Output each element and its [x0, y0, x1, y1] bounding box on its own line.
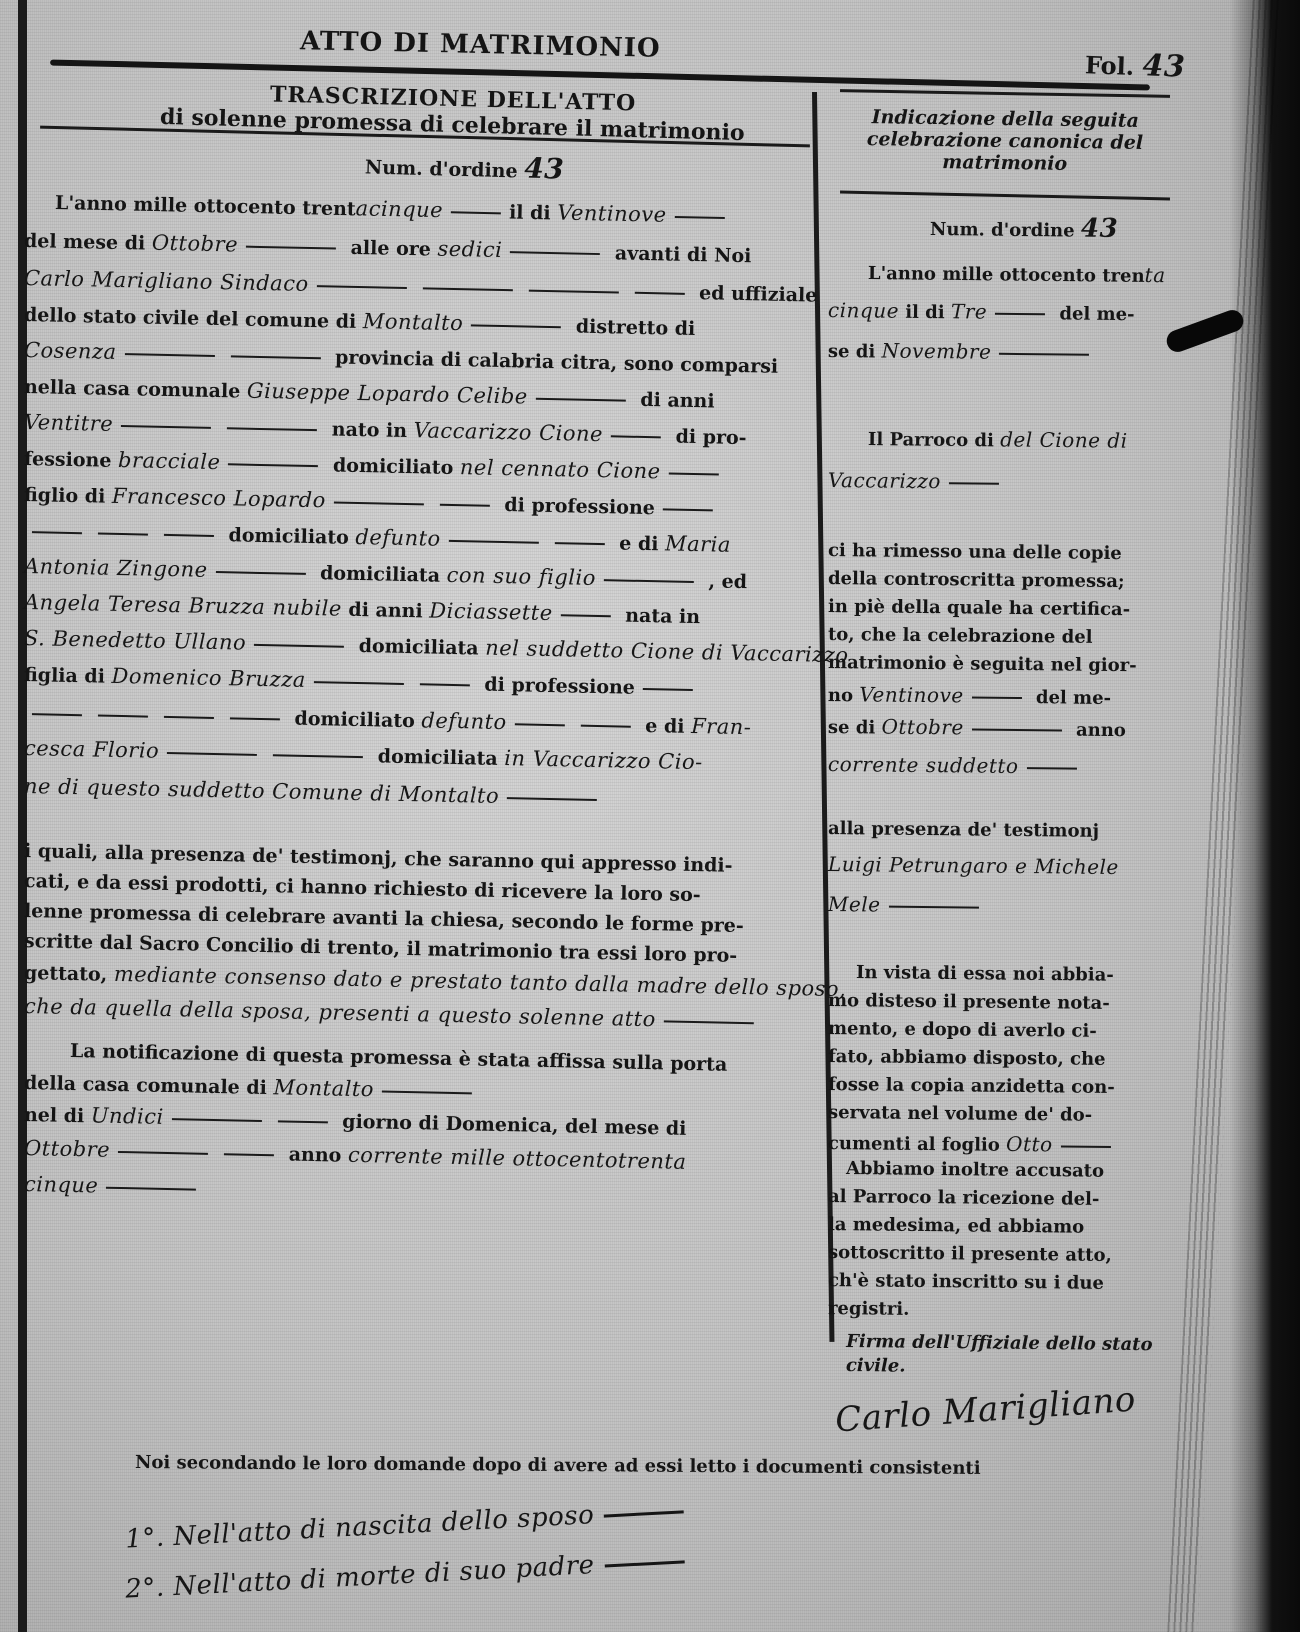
act-line-14: figlia di Domenico Bruzza di professione — [24, 662, 701, 700]
certification-day-line: no Ventinove del me- — [828, 682, 1111, 709]
act-line-11: Antonia Zingone domiciliata con suo figl… — [24, 554, 748, 593]
act-line-3: Carlo Marigliano Sindaco ed uffiziale — [24, 266, 818, 307]
signature-label: Firma dell'Uffiziale dello stato civile. — [846, 1330, 1166, 1381]
right-date-line-1: L'anno mille ottocento trenta — [868, 260, 1166, 287]
order-value: 43 — [524, 152, 565, 186]
closing2-line-6: registri. — [828, 1298, 910, 1320]
closing2-line-1: Abbiamo inoltre accusato — [846, 1158, 1104, 1182]
header-rule — [50, 60, 1150, 91]
act-line-5: Cosenza provincia di calabria citra, son… — [24, 338, 779, 378]
certification-year-line: corrente suddetto — [828, 752, 1085, 779]
notification-line-1: La notificazione di questa promessa è st… — [70, 1040, 728, 1076]
closing-line-1: In vista di essa noi abbia- — [856, 962, 1114, 986]
footer-item-2: 2°. Nell'atto di morte di suo padre — [125, 1545, 686, 1604]
act-line-15: domiciliato defunto e di Fran- — [24, 700, 752, 739]
act-line-10: domiciliato defunto e di Maria — [24, 518, 731, 557]
act-line-6: nella casa comunale Giuseppe Lopardo Cel… — [24, 374, 715, 412]
witnesses-label: alla presenza de' testimonj — [828, 818, 1099, 842]
closing2-line-3: la medesima, ed abbiamo — [828, 1214, 1084, 1238]
certification-line-2: della controscritta promessa; — [828, 568, 1125, 592]
footer-item-1: 1°. Nell'atto di nascita dello sposo — [125, 1495, 685, 1554]
right-header-rule-bottom — [840, 191, 1170, 201]
notification-line-2: della casa comunale di Montalto — [24, 1070, 480, 1104]
right-header-rule-top — [840, 89, 1170, 98]
certification-month-line: se di Ottobre anno — [828, 714, 1126, 741]
right-date-line-2: cinque il di Tre del me- — [828, 298, 1135, 325]
act-line-8: fessione bracciale domiciliato nel cenna… — [24, 446, 727, 485]
right-parroco-line-2: Vaccarizzo — [828, 468, 1007, 494]
act-line-12: Angela Teresa Bruzza nubile di anni Dici… — [24, 590, 701, 628]
closing-line-6: servata nel volume de' do- — [828, 1102, 1092, 1126]
folio-value: 43 — [1142, 48, 1186, 84]
certification-line-5: matrimonio è seguita nel gior- — [828, 652, 1137, 676]
certification-line-3: in piè della quale ha certifica- — [828, 596, 1130, 620]
footer-statement: Noi secondando le loro domande dopo di a… — [135, 1452, 981, 1479]
certification-line-1: ci ha rimesso una delle copie — [828, 540, 1122, 564]
closing2-line-5: ch'è stato inscritto su i due — [828, 1270, 1104, 1294]
witnesses-line-2: Mele — [828, 892, 987, 918]
act-line-1: L'anno mille ottocento trentacinqueil di… — [55, 190, 733, 228]
paragraph-line-6: che da quella della sposa, presenti a qu… — [24, 994, 762, 1033]
act-line-16: cesca Florio domiciliata in Vaccarizzo C… — [24, 736, 703, 774]
notification-line-4: Ottobre anno corrente mille ottocentotre… — [24, 1136, 687, 1174]
paragraph-line-2: cati, e da essi prodotti, ci hanno richi… — [24, 870, 701, 906]
order-label: Num. d'ordine — [365, 156, 518, 182]
document-page: ATTO DI MATRIMONIO Fol. 43 TRASCRIZIONE … — [0, 0, 1300, 1632]
right-date-line-3: se di Novembre — [828, 338, 1098, 365]
notification-line-3: nel di Undici giorno di Domenica, del me… — [24, 1102, 687, 1140]
order-number: Num. d'ordine 43 — [365, 147, 565, 185]
document-title: ATTO DI MATRIMONIO — [300, 26, 661, 64]
closing2-line-4: sottoscritto il presente atto, — [828, 1242, 1112, 1266]
act-line-9: figlio di Francesco Lopardo di professio… — [24, 482, 721, 521]
notification-line-5: cinque — [24, 1172, 205, 1200]
closing-line-5: fosse la copia anzidetta con- — [828, 1074, 1115, 1098]
act-line-4: dello stato civile del comune di Montalt… — [24, 302, 696, 340]
act-line-2: del mese di Ottobre alle ore sedici avan… — [24, 228, 752, 267]
closing-line-2: mo disteso il presente nota- — [828, 990, 1110, 1014]
right-order-number: Num. d'ordine 43 — [930, 212, 1118, 244]
folio-number: Fol. 43 — [1084, 46, 1185, 84]
act-line-13: S. Benedetto Ullano domiciliata nel sudd… — [24, 626, 849, 667]
certification-line-4: to, che la celebrazione del — [828, 624, 1093, 648]
closing-line-7: cumenti al foglio Otto — [828, 1130, 1119, 1157]
witnesses-line-1: Luigi Petrungaro e Michele — [828, 852, 1119, 879]
act-line-7: Ventitre nato in Vaccarizzo Cione di pro… — [24, 410, 747, 449]
closing-line-4: fato, abbiamo disposto, che — [828, 1046, 1106, 1070]
closing2-line-2: al Parroco la ricezione del- — [828, 1186, 1100, 1210]
right-column-header: Indicazione della seguita celebrazione c… — [840, 106, 1171, 177]
officer-signature: Carlo Marigliano — [834, 1380, 1137, 1441]
act-line-17: ne di questo suddetto Comune di Montalto — [24, 774, 606, 810]
right-parroco-line: Il Parroco di del Cione di — [868, 426, 1128, 453]
folio-label: Fol. — [1084, 50, 1134, 81]
closing-line-3: mento, e dopo di averlo ci- — [828, 1018, 1097, 1042]
